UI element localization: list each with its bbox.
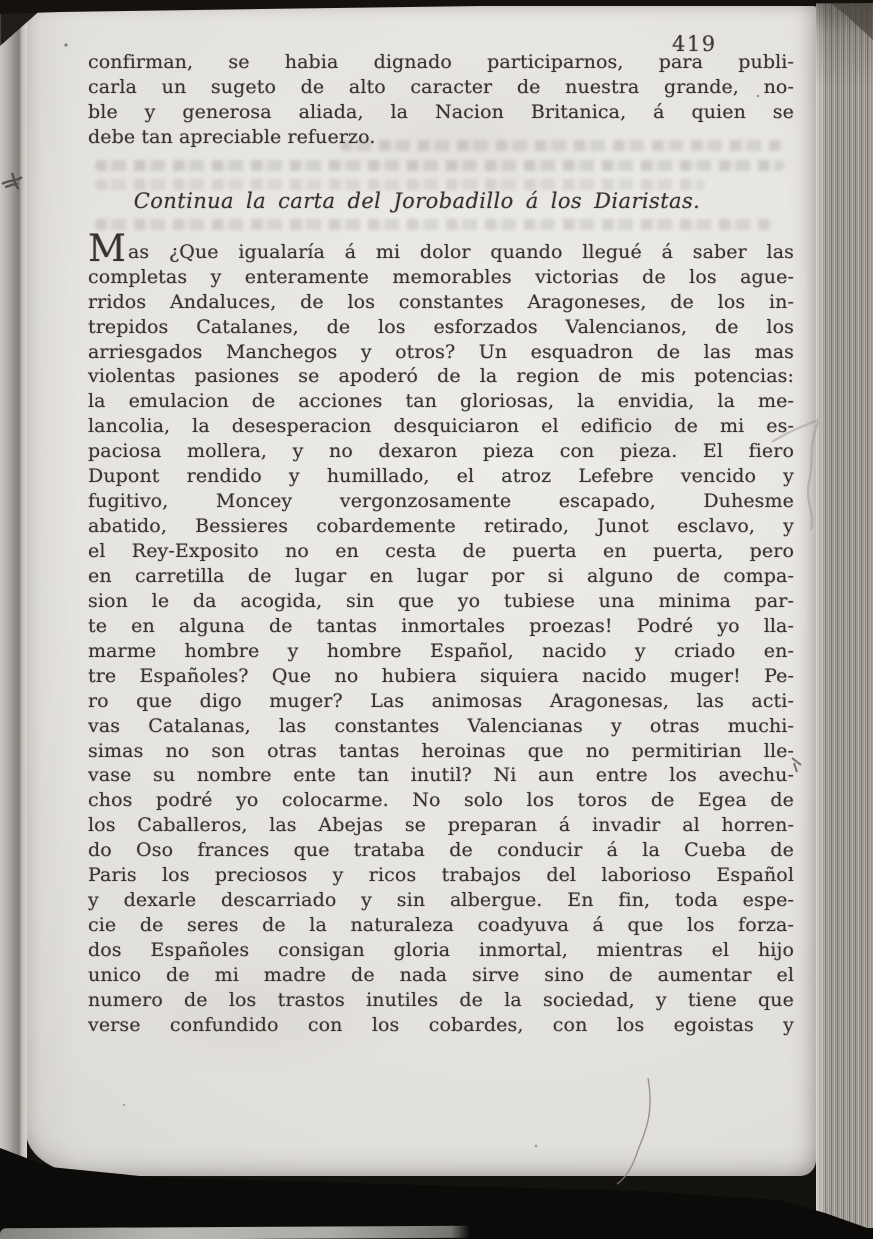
text-line: Dupont rendido y humillado, el atroz Lef… <box>88 464 794 489</box>
text-line: cie de seres de la naturaleza coadyuva á… <box>88 913 794 938</box>
text-line: rridos Andaluces, de los constantes Arag… <box>88 290 794 315</box>
letter-paragraph: Mas ¿Que igualaría á mi dolor quando lle… <box>88 240 794 1038</box>
intro-paragraph: confirman, se habia dignado participarno… <box>88 50 794 150</box>
book-scan: 419 confirman, se habia dignado particip… <box>0 0 873 1239</box>
text-line: te en alguna de tantas inmortales proeza… <box>88 614 794 639</box>
text-line-first: Mas ¿Que igualaría á mi dolor quando lle… <box>88 240 794 265</box>
text-line: simas no son otras tantas heroinas que n… <box>88 739 794 764</box>
text-line: en carretilla de lugar en lugar por si a… <box>88 564 794 589</box>
text-line: vase su nombre ente tan inutil? Ni aun e… <box>88 763 794 788</box>
binding-gutter <box>0 0 27 1200</box>
text-line: debe tan apreciable refuerzo. <box>88 125 794 150</box>
text-line: ro que digo muger? Las animosas Aragones… <box>88 689 794 714</box>
drop-cap-initial: M <box>88 227 126 270</box>
page-edge-bottom-strip <box>0 1226 470 1239</box>
section-heading: Continua la carta del Jorobadillo á los … <box>88 186 794 216</box>
text-line: do Oso frances que trataba de conducir á… <box>88 838 794 863</box>
text-column: confirman, se habia dignado participarno… <box>88 50 794 1038</box>
text-line: carla un sugeto de alto caracter de nues… <box>88 75 794 100</box>
text-line: lancolia, la desesperacion desquiciaron … <box>88 414 794 439</box>
gutter-shadow-line <box>17 0 20 1190</box>
letter-lines: completas y enteramente memorables victo… <box>88 265 794 1038</box>
text-line: ble y generosa aliada, la Nacion Britani… <box>88 100 794 125</box>
text-line: verse confundido con los cobardes, con l… <box>88 1013 794 1038</box>
text-line: chos podré yo colocarme. No solo los tor… <box>88 788 794 813</box>
text-line: abatido, Bessieres cobardemente retirado… <box>88 514 794 539</box>
text-line: la emulacion de acciones tan gloriosas, … <box>88 389 794 414</box>
text-line: numero de los trastos inutiles de la soc… <box>88 988 794 1013</box>
text-line: confirman, se habia dignado participarno… <box>88 50 794 75</box>
text-line: Paris los preciosos y ricos trabajos del… <box>88 863 794 888</box>
text-line: sion le da acogida, sin que yo tubiese u… <box>88 589 794 614</box>
text-line: vas Catalanas, las constantes Valenciana… <box>88 714 794 739</box>
text-line: completas y enteramente memorables victo… <box>88 265 794 290</box>
text-line: los Caballeros, las Abejas se preparan á… <box>88 813 794 838</box>
text-line: dos Españoles consigan gloria inmortal, … <box>88 938 794 963</box>
text-line: fugitivo, Moncey vergonzosamente escapad… <box>88 489 794 514</box>
text-line: y dexarle descarriado y sin albergue. En… <box>88 888 794 913</box>
text-line: marme hombre y hombre Español, nacido y … <box>88 639 794 664</box>
text-line: el Rey-Exposito no en cesta de puerta en… <box>88 539 794 564</box>
text-line: arriesgados Manchegos y otros? Un esquad… <box>88 340 794 365</box>
first-line-text: as ¿Que igualaría á mi dolor quando lleg… <box>128 241 794 263</box>
text-line: tre Españoles? Que no hubiera siquiera n… <box>88 664 794 689</box>
text-line: unico de mi madre de nada sirve sino de … <box>88 963 794 988</box>
text-line: paciosa mollera, y no dexaron pieza con … <box>88 439 794 464</box>
text-line: violentas pasiones se apoderó de la regi… <box>88 364 794 389</box>
text-line: trepidos Catalanes, de los esforzados Va… <box>88 315 794 340</box>
page-edges-fore-edge <box>816 0 873 1228</box>
